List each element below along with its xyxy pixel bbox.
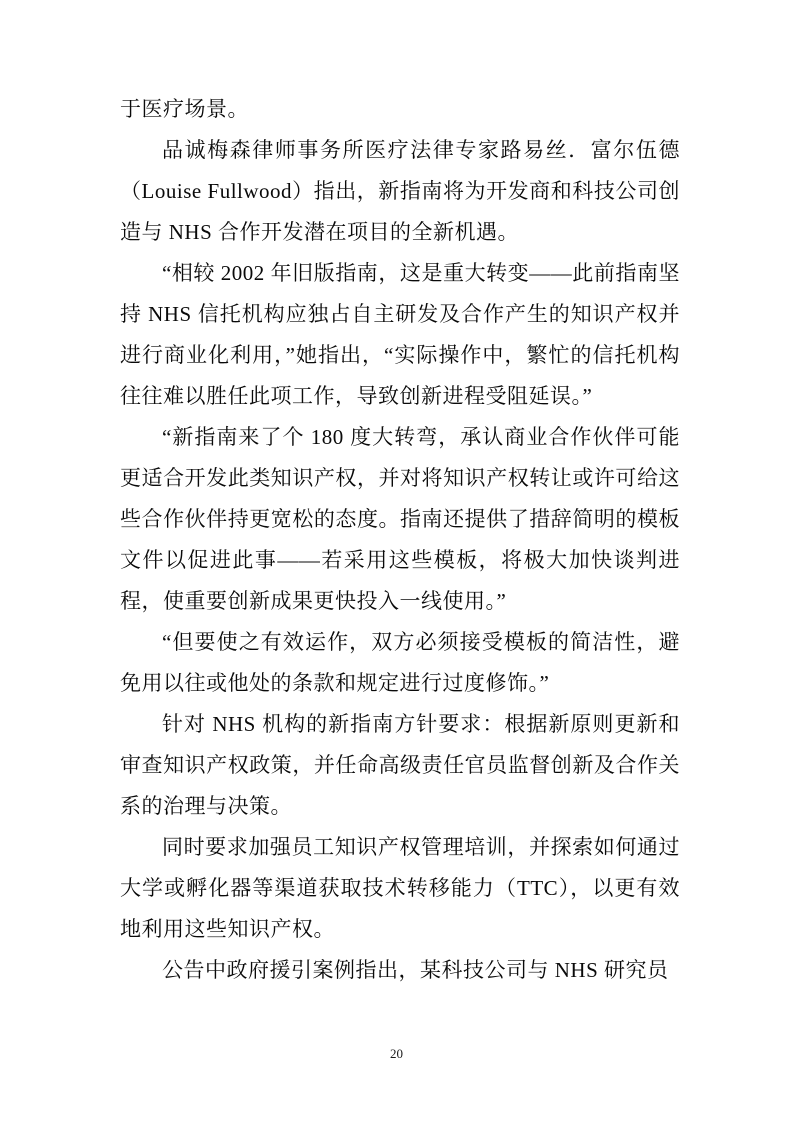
paragraph: “新指南来了个 180 度大转弯，承认商业合作伙伴可能更适合开发此类知识产权，并…: [120, 417, 680, 622]
paragraph: 针对 NHS 机构的新指南方针要求：根据新原则更新和审查知识产权政策，并任命高级…: [120, 704, 680, 827]
paragraph: “但要使之有效运作，双方必须接受模板的简洁性，避免用以往或他处的条款和规定进行过…: [120, 622, 680, 704]
paragraph: 品诚梅森律师事务所医疗法律专家路易丝．富尔伍德（Louise Fullwood）…: [120, 130, 680, 253]
page-number: 20: [0, 1045, 793, 1063]
paragraph: 公告中政府援引案例指出，某科技公司与 NHS 研究员: [120, 950, 680, 991]
document-body: 于医疗场景。 品诚梅森律师事务所医疗法律专家路易丝．富尔伍德（Louise Fu…: [120, 89, 680, 991]
paragraph: 于医疗场景。: [120, 89, 680, 130]
paragraph: 同时要求加强员工知识产权管理培训，并探索如何通过大学或孵化器等渠道获取技术转移能…: [120, 827, 680, 950]
document-page: 于医疗场景。 品诚梅森律师事务所医疗法律专家路易丝．富尔伍德（Louise Fu…: [0, 0, 793, 1122]
paragraph: “相较 2002 年旧版指南，这是重大转变——此前指南坚持 NHS 信托机构应独…: [120, 253, 680, 417]
